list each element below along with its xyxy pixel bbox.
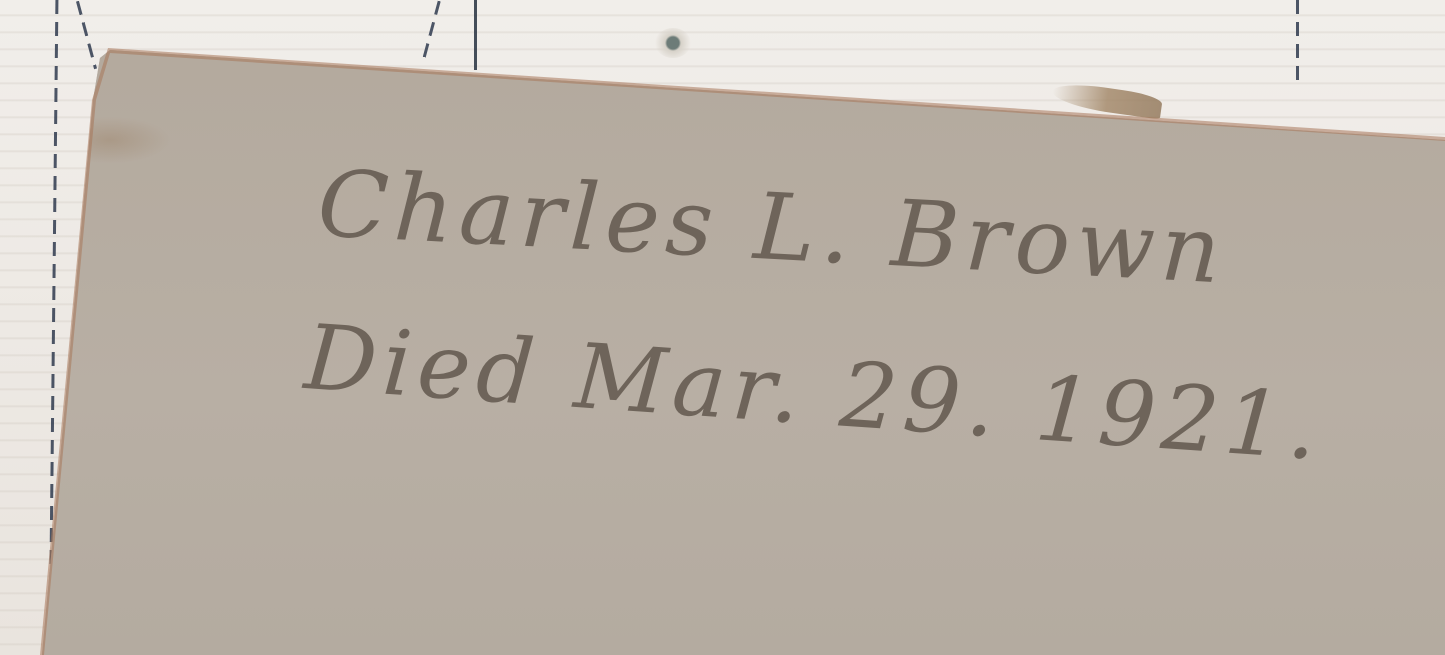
wood-knot — [655, 28, 691, 58]
dashed-stitch-line — [76, 1, 97, 69]
dashed-stitch-line — [422, 1, 440, 60]
dark-groove-line — [474, 0, 477, 70]
dashed-stitch-line — [1296, 0, 1299, 80]
